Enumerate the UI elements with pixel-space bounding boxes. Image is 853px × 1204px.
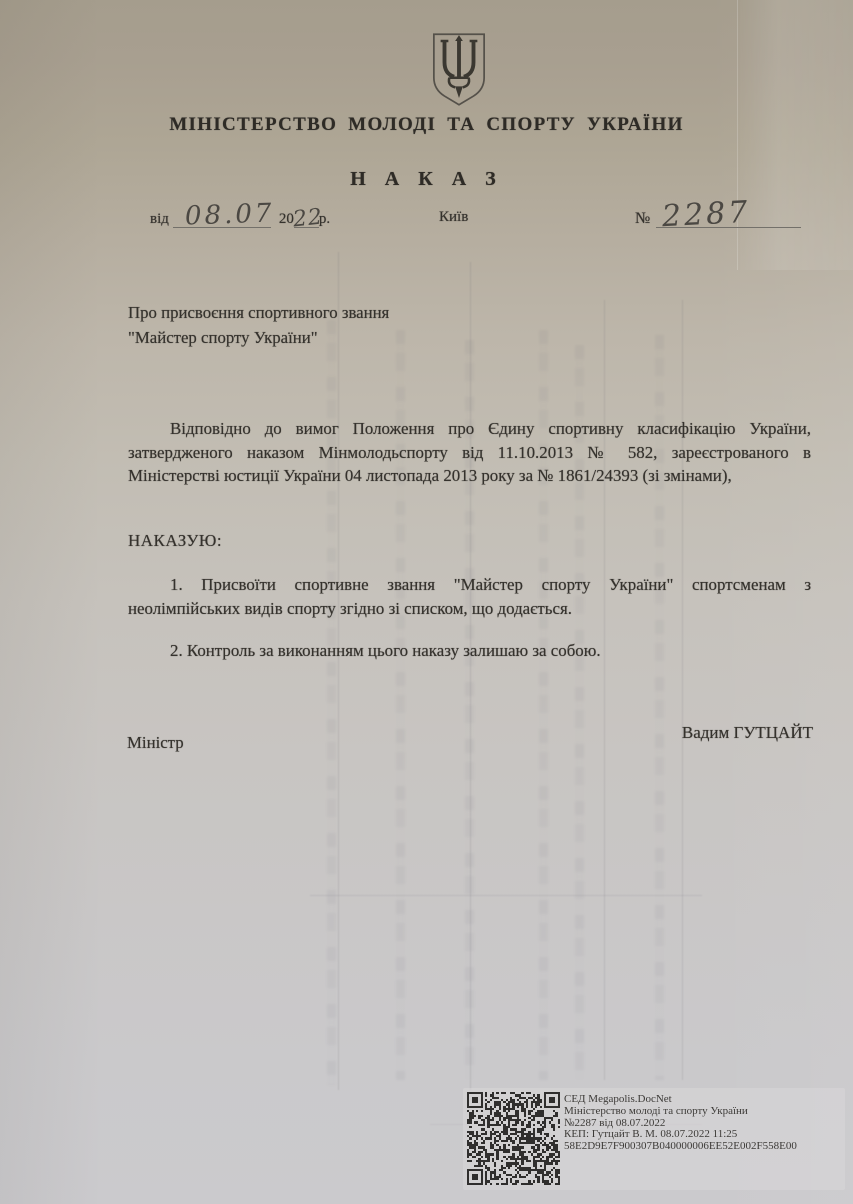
- subject-line: "Майстер спорту України": [128, 325, 488, 350]
- order-number-label: №: [635, 210, 650, 228]
- order-item: 1. Присвоїти спортивне звання "Майстер с…: [128, 573, 811, 620]
- order-item: 2. Контроль за виконанням цього наказу з…: [128, 639, 811, 663]
- scanned-order-document: МІНІСТЕРСТВО МОЛОДІ ТА СПОРТУ УКРАЇНИ Н …: [0, 0, 853, 1204]
- order-number-group: № 2287: [635, 207, 801, 228]
- subject-line: Про присвоєння спортивного звання: [128, 300, 488, 325]
- minister-name: Вадим ГУТЦАЙТ: [682, 723, 813, 743]
- order-number-handwritten-value: 2287: [661, 195, 751, 235]
- year-handwritten-value: 22: [292, 205, 324, 233]
- order-number-underline: 2287: [656, 207, 801, 228]
- qr-stamp-line: 58E2D9E7F900307B040000006EE52E002F558E00: [564, 1141, 842, 1153]
- qr-code: [467, 1092, 560, 1185]
- date-from-label: від: [150, 211, 169, 228]
- preamble-paragraph: Відповідно до вимог Положення про Єдину …: [128, 417, 811, 488]
- digital-signature-stamp: СЕД Megapolis.DocNet Міністерство молоді…: [463, 1088, 845, 1190]
- dateline-row: від 08.07 20 22 р. Київ № 2287: [0, 196, 853, 230]
- date-underline: 08.07: [173, 207, 271, 228]
- city-label: Київ: [439, 209, 468, 226]
- ministry-name: МІНІСТЕРСТВО МОЛОДІ ТА СПОРТУ УКРАЇНИ: [0, 114, 853, 136]
- subject-block: Про присвоєння спортивного звання "Майст…: [128, 300, 488, 350]
- qr-stamp-text: СЕД Megapolis.DocNet Міністерство молоді…: [564, 1094, 842, 1153]
- year-underline: 22: [294, 207, 319, 228]
- tryzub-coat-of-arms-icon: [430, 31, 488, 112]
- qr-stamp-line: Міністерство молоді та спорту України: [564, 1106, 842, 1118]
- minister-role-label: Міністр: [127, 733, 184, 753]
- date-handwritten-value: 08.07: [184, 198, 274, 231]
- date-group: від 08.07 20 22 р.: [150, 207, 330, 228]
- order-title: Н А К А З: [0, 168, 853, 191]
- decree-word: НАКАЗУЮ:: [128, 531, 222, 551]
